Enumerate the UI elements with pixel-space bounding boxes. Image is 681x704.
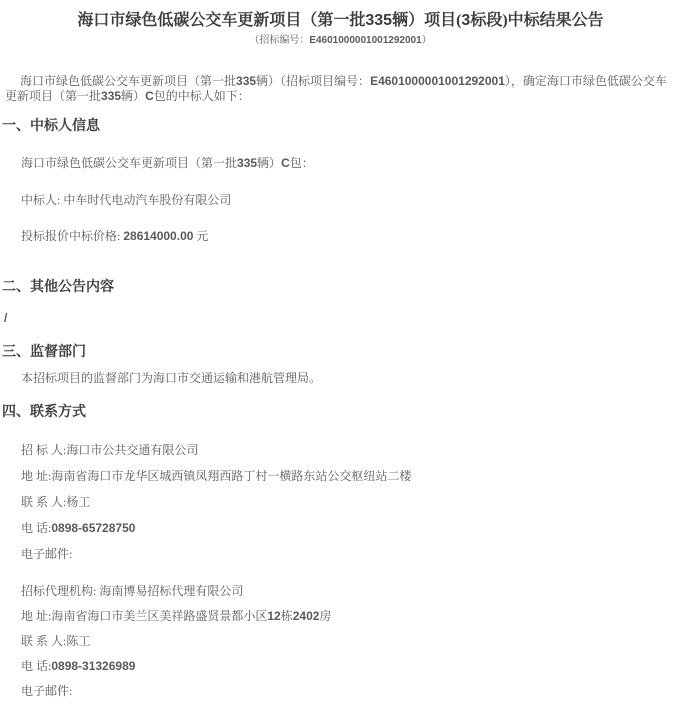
section-heading-winner-info: 一、中标人信息 [0, 120, 681, 134]
other-content-placeholder: / [0, 312, 681, 324]
page-title: 海口市绿色低碳公交车更新项目（第一批335辆）项目(3标段)中标结果公告 [0, 13, 681, 29]
announcement-page: 海口市绿色低碳公交车更新项目（第一批335辆）项目(3标段)中标结果公告 （招标… [0, 13, 681, 697]
latin-text-segment: E4601000001001292001 [370, 74, 505, 88]
winner-line: 中标人: 中车时代电动汽车股份有限公司 [0, 194, 681, 206]
agency-name-line: 招标代理机构: 海南博易招标代理有限公司 [0, 585, 681, 597]
latin-text-segment: E4601000001001292001 [309, 35, 421, 46]
latin-text-segment: 0898-31326989 [51, 659, 135, 673]
tenderer-email-line: 电子邮件: [0, 548, 681, 560]
agency-address-line: 地 址:海南省海口市美兰区美祥路盛贤景都小区12栋2402房 [0, 610, 681, 622]
latin-text-segment: / [4, 311, 7, 325]
latin-text-segment: 335 [237, 156, 257, 170]
tender-number-line: （招标编号：E4601000001001292001） [0, 36, 681, 46]
tenderer-phone-line: 电 话:0898-65728750 [0, 522, 681, 534]
agency-phone-line: 电 话:0898-31326989 [0, 660, 681, 672]
tenderer-name-line: 招 标 人:海口市公共交通有限公司 [0, 444, 681, 456]
section-heading-other-content: 二、其他公告内容 [0, 281, 681, 295]
intro-paragraph: 海口市绿色低碳公交车更新项目（第一批335辆）（招标项目编号：E46010000… [5, 74, 678, 104]
latin-text-segment: 0898-65728750 [51, 521, 135, 535]
latin-text-segment: 2402 [293, 609, 320, 623]
section-heading-supervision: 三、监督部门 [0, 346, 681, 360]
latin-text-segment: 335 [236, 74, 256, 88]
agency-contact-line: 联 系 人:陈工 [0, 635, 681, 647]
latin-text-segment: 335 [365, 12, 392, 29]
tenderer-address-line: 地 址:海南省海口市龙华区城西镇凤翔西路丁村一横路东站公交枢纽站二楼 [0, 470, 681, 482]
supervision-text: 本招标项目的监督部门为海口市交通运输和港航管理局。 [0, 372, 681, 384]
package-line: 海口市绿色低碳公交车更新项目（第一批335辆）C包： [0, 157, 681, 169]
agency-email-line: 电子邮件: [0, 685, 681, 697]
latin-text-segment: 28614000.00 [123, 229, 193, 243]
latin-text-segment: 3 [461, 12, 470, 29]
section-heading-contact: 四、联系方式 [0, 406, 681, 420]
bid-price-line: 投标报价中标价格: 28614000.00 元 [0, 230, 681, 242]
latin-text-segment: 335 [101, 89, 121, 103]
latin-text-segment: C [281, 156, 290, 170]
tenderer-contact-line: 联 系 人:杨工 [0, 496, 681, 508]
latin-text-segment: C [145, 89, 154, 103]
latin-text-segment: 12 [267, 609, 280, 623]
